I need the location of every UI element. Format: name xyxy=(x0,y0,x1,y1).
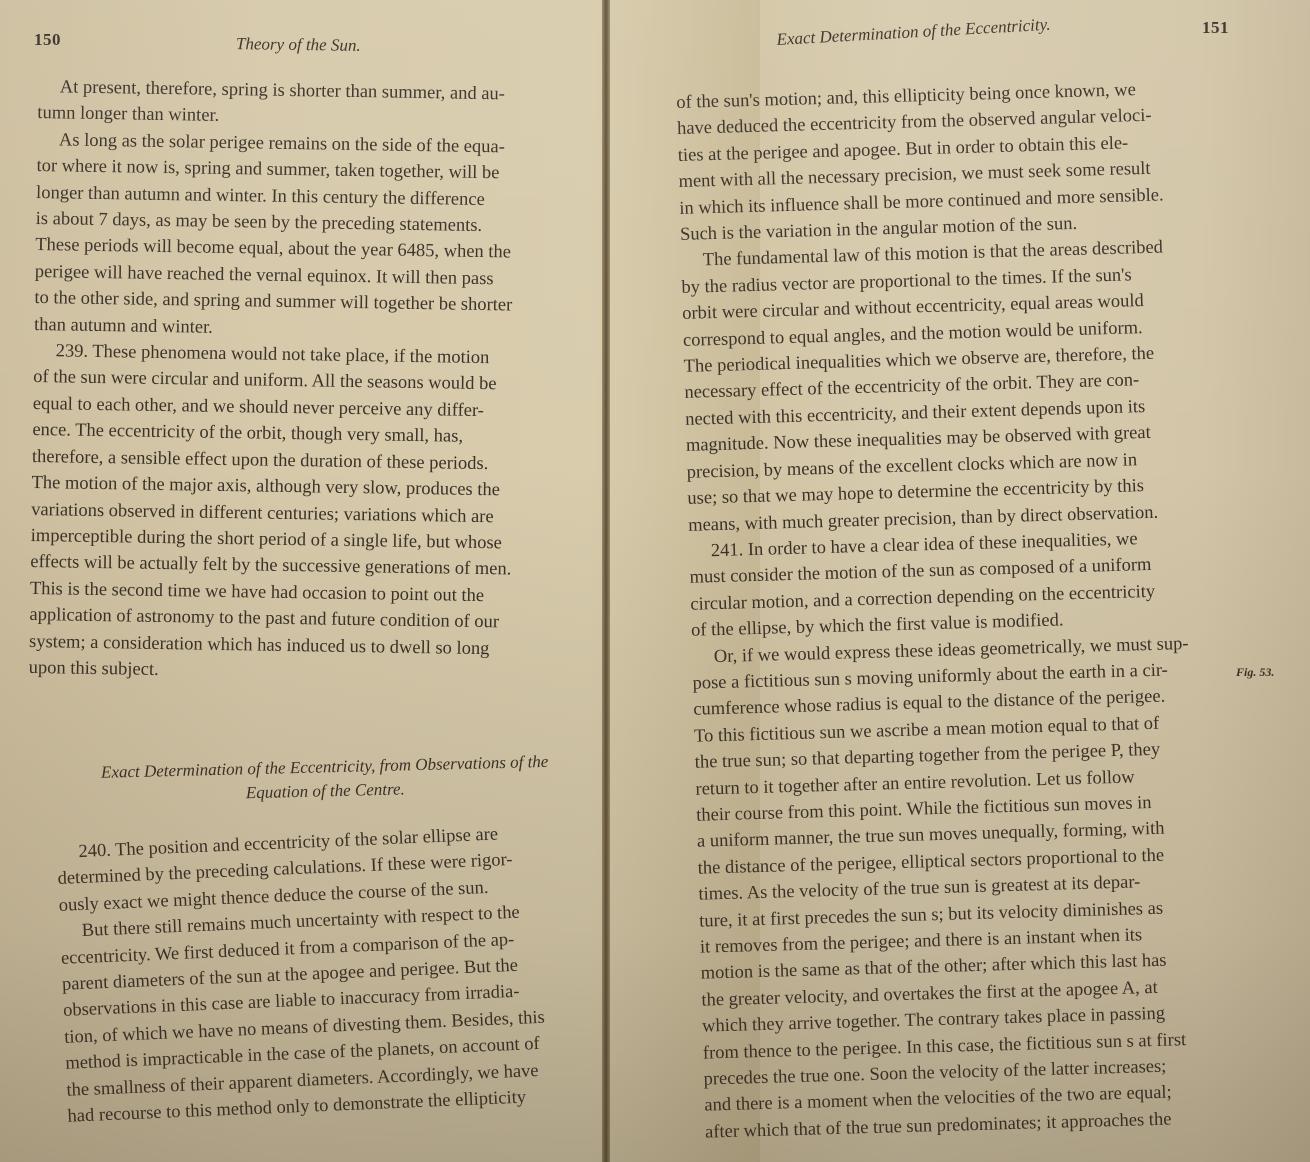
book-spread: 150 Theory of the Sun. At present, there… xyxy=(0,0,1310,1162)
left-running-title: Theory of the Sun. xyxy=(236,34,361,56)
right-running-title: Exact Determination of the Eccentricity. xyxy=(776,15,1051,49)
book-gutter xyxy=(602,0,610,1162)
left-page-number: 150 xyxy=(34,30,61,49)
right-page-number: 151 xyxy=(1202,18,1229,37)
left-body-text: At present, therefore, spring is shorter… xyxy=(28,74,592,690)
right-running-head: Exact Determination of the Eccentricity. xyxy=(776,4,1246,50)
left-page: 150 Theory of the Sun. At present, there… xyxy=(0,0,602,1162)
right-page: Exact Determination of the Eccentricity.… xyxy=(610,0,1310,1162)
left-running-head: 150 Theory of the Sun. xyxy=(34,30,594,50)
section-heading: Exact Determination of the Eccentricity,… xyxy=(52,749,598,810)
right-page-number-wrap: 151 xyxy=(1202,18,1229,38)
left-section-text: 240. The position and eccentricity of th… xyxy=(56,817,608,1130)
right-body-text: of the sun's motion; and, this elliptici… xyxy=(676,74,1265,1145)
figure-reference-note: Fig. 53. xyxy=(1236,665,1274,680)
